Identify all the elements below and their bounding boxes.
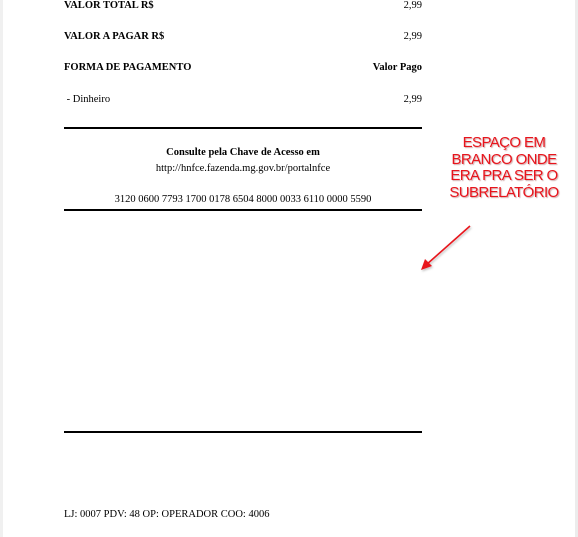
annotation-text: ESPAÇO EM BRANCO ONDE ERA PRA SER O SUBR… <box>436 135 572 201</box>
to-pay-label: VALOR A PAGAR R$ <box>64 31 164 42</box>
annotation-line: BRANCO ONDE <box>436 152 572 169</box>
payment-value: 2,99 <box>404 94 422 105</box>
divider <box>64 431 422 433</box>
divider <box>64 127 422 129</box>
paid-value-header: Valor Pago <box>373 62 422 73</box>
total-label: VALOR TOTAL R$ <box>64 0 154 11</box>
footer-info: LJ: 0007 PDV: 48 OP: OPERADOR COO: 4006 <box>64 509 269 520</box>
total-value: 2,99 <box>404 0 422 11</box>
total-row: VALOR TOTAL R$ 2,99 <box>64 0 422 11</box>
to-pay-value: 2,99 <box>404 31 422 42</box>
annotation-arrow-icon <box>410 220 480 280</box>
annotation-line: SUBRELATÓRIO <box>436 185 572 202</box>
payment-method-header: FORMA DE PAGAMENTO <box>64 62 191 73</box>
payment-row: - Dinheiro 2,99 <box>64 94 422 105</box>
access-key: 3120 0600 7793 1700 0178 6504 8000 0033 … <box>64 194 422 205</box>
annotation-line: ESPAÇO EM <box>436 135 572 152</box>
payment-method: - Dinheiro <box>64 94 110 105</box>
to-pay-row: VALOR A PAGAR R$ 2,99 <box>64 31 422 42</box>
consult-url: http://hnfce.fazenda.mg.gov.br/portalnfc… <box>64 163 422 174</box>
page-left-edge <box>0 0 3 537</box>
consult-title: Consulte pela Chave de Acesso em <box>64 147 422 158</box>
divider <box>64 209 422 211</box>
annotation-line: ERA PRA SER O <box>436 168 572 185</box>
payment-header-row: FORMA DE PAGAMENTO Valor Pago <box>64 62 422 73</box>
